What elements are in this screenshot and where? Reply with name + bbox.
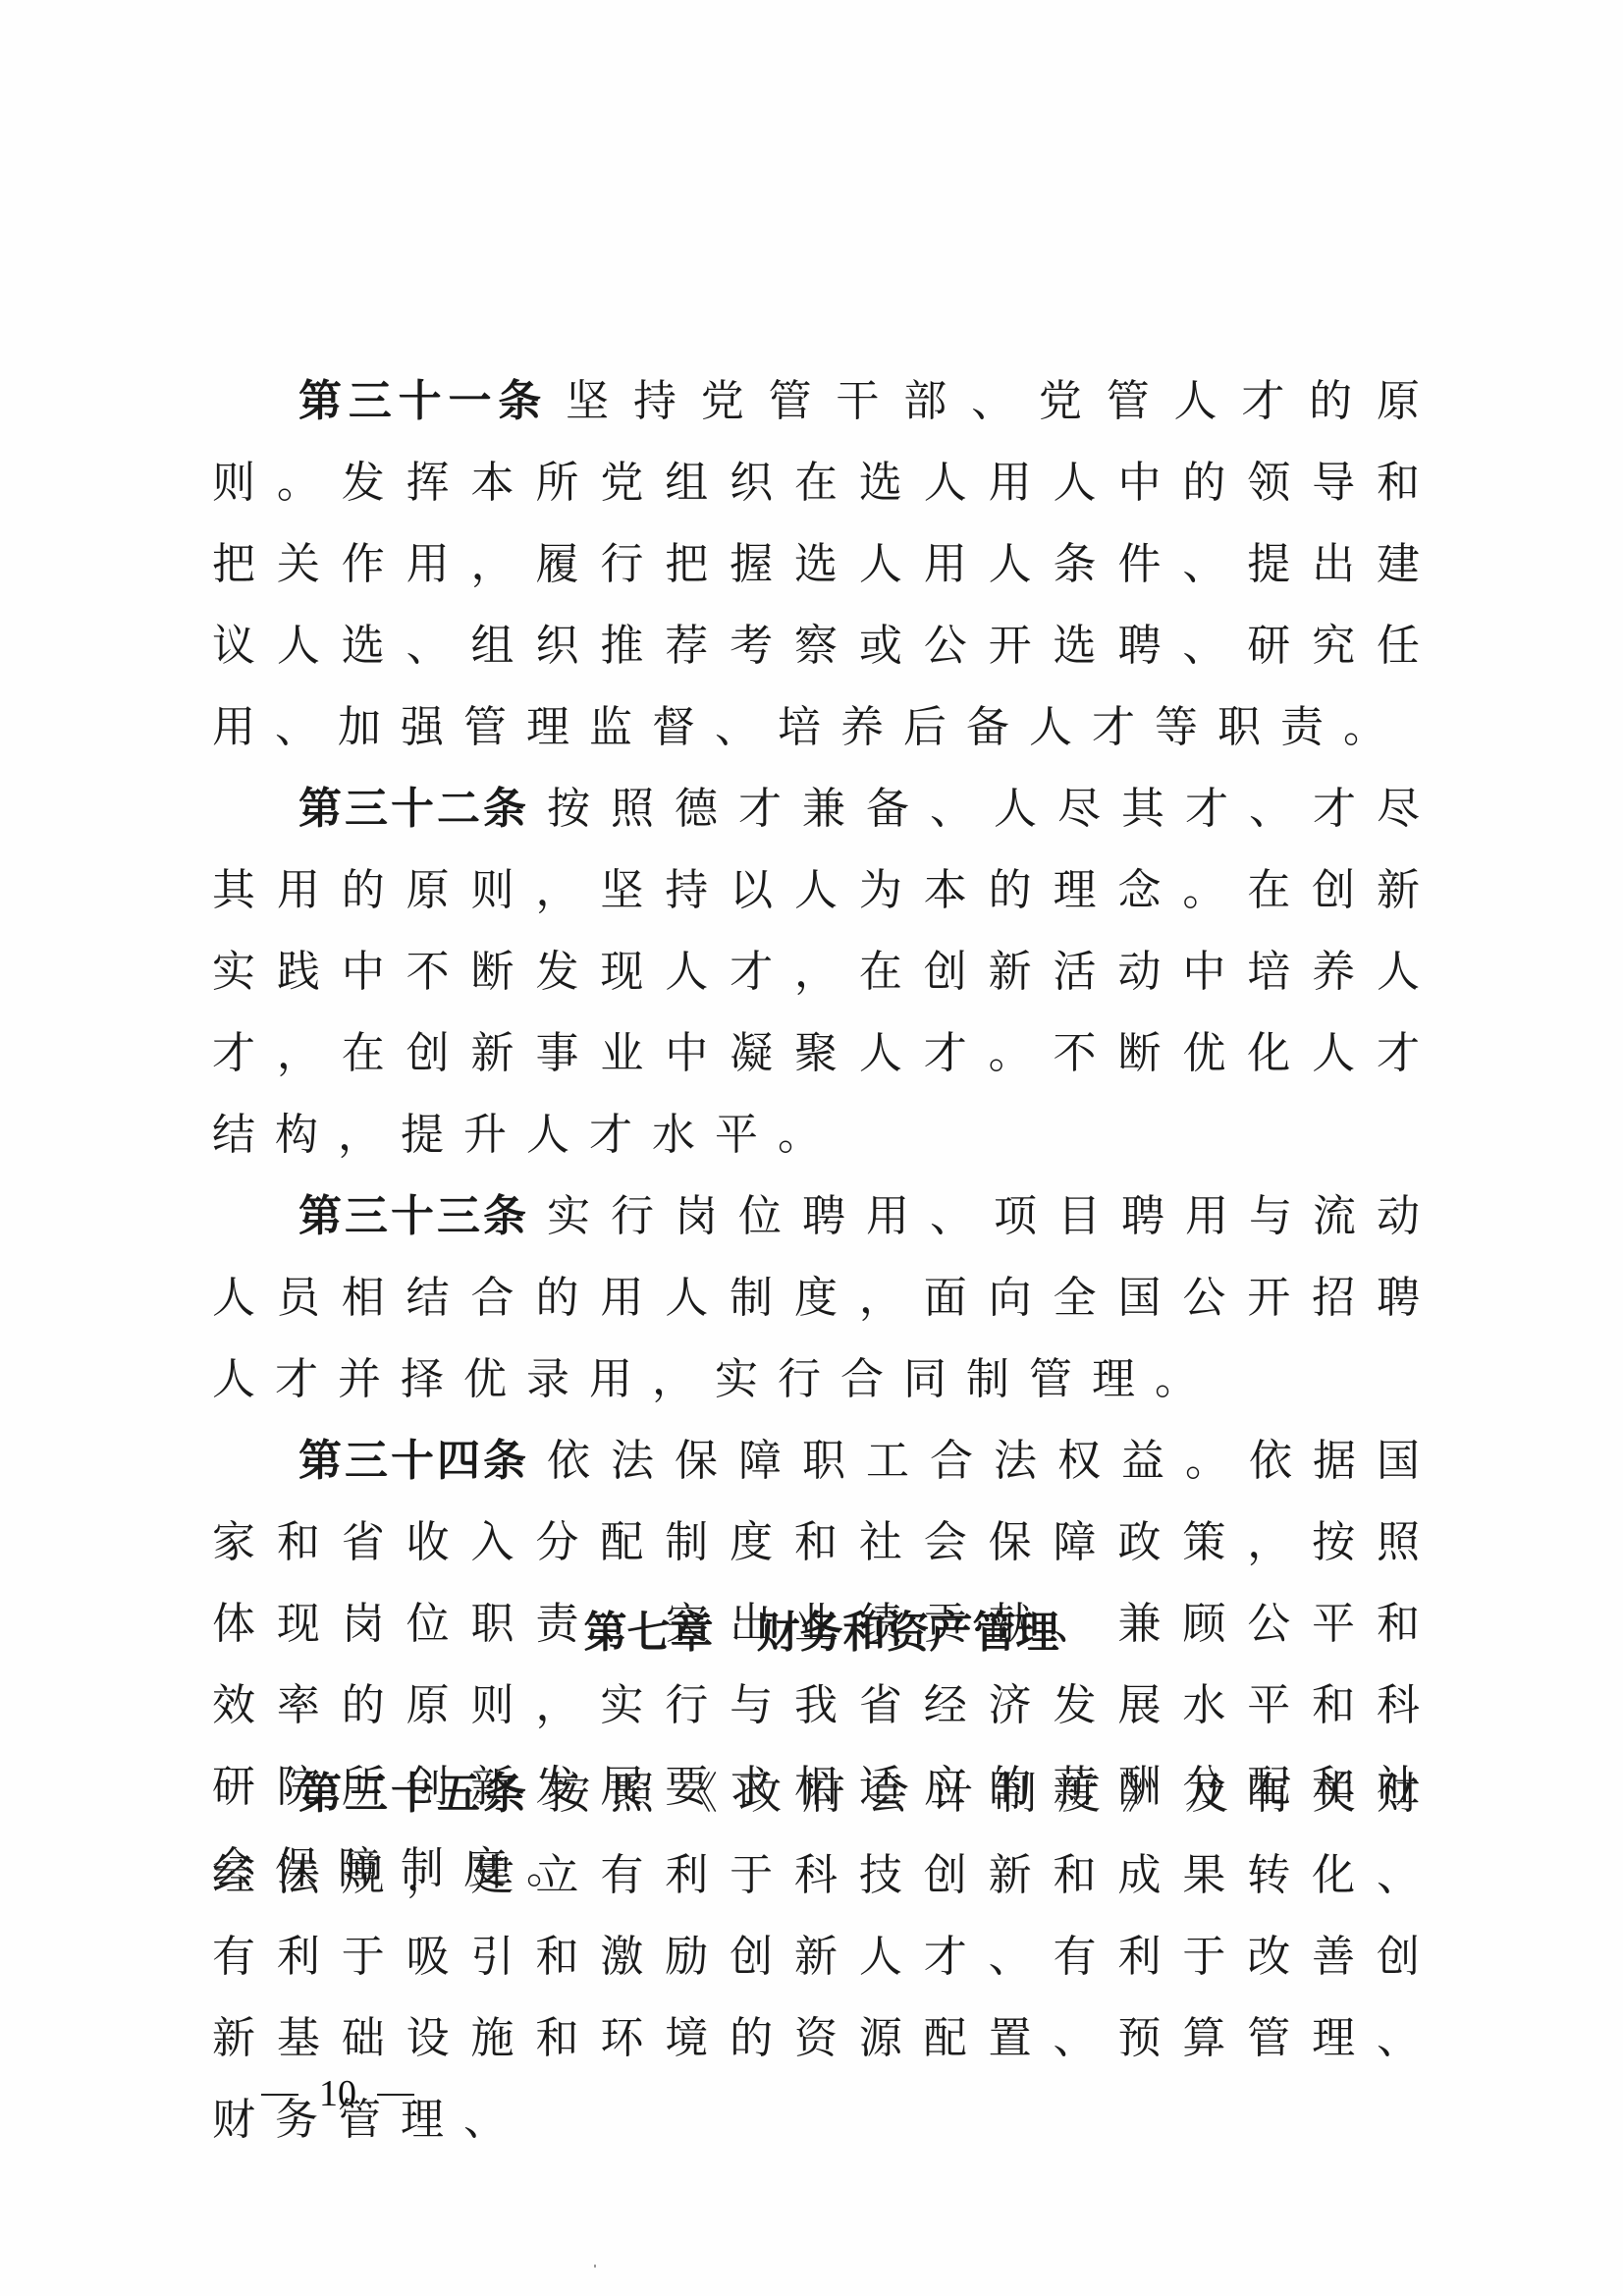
page-number-value: 10 (319, 2070, 356, 2117)
article-number: 第三十五条 (298, 1769, 529, 1819)
article-number: 第三十三条 (298, 1191, 529, 1241)
article-number: 第三十一条 (298, 376, 548, 426)
article-text: 坚持党管干部、党管人才的原则。发挥本所党组织在选人用人中的领导和把关作用，履行把… (212, 376, 1439, 752)
article-number: 第三十四条 (298, 1436, 529, 1486)
page-number: 10 (261, 2070, 414, 2117)
article-text: 按照德才兼备、人尽其才、才尽其用的原则，坚持以人为本的理念。在创新实践中不断发现… (212, 784, 1439, 1160)
article-31: 第三十一条坚持党管干部、党管人才的原则。发挥本所党组织在选人用人中的领导和把关作… (212, 360, 1439, 768)
chapter-number: 第七章 (584, 1608, 714, 1658)
scan-artifact (594, 2265, 596, 2268)
chapter-title: 财务和资产管理 (757, 1608, 1059, 1658)
page-number-dash-left (261, 2094, 298, 2096)
document-page: 第三十一条坚持党管干部、党管人才的原则。发挥本所党组织在选人用人中的领导和把关作… (0, 0, 1623, 2296)
article-32: 第三十二条按照德才兼备、人尽其才、才尽其用的原则，坚持以人为本的理念。在创新实践… (212, 768, 1439, 1175)
article-number: 第三十二条 (298, 784, 529, 834)
page-number-dash-right (377, 2094, 414, 2096)
article-33: 第三十三条实行岗位聘用、项目聘用与流动人员相结合的用人制度，面向全国公开招聘人才… (212, 1175, 1439, 1420)
articles-section-chapter-6: 第三十一条坚持党管干部、党管人才的原则。发挥本所党组织在选人用人中的领导和把关作… (212, 360, 1439, 1909)
chapter-heading: 第七章财务和资产管理 (0, 1596, 1623, 1670)
